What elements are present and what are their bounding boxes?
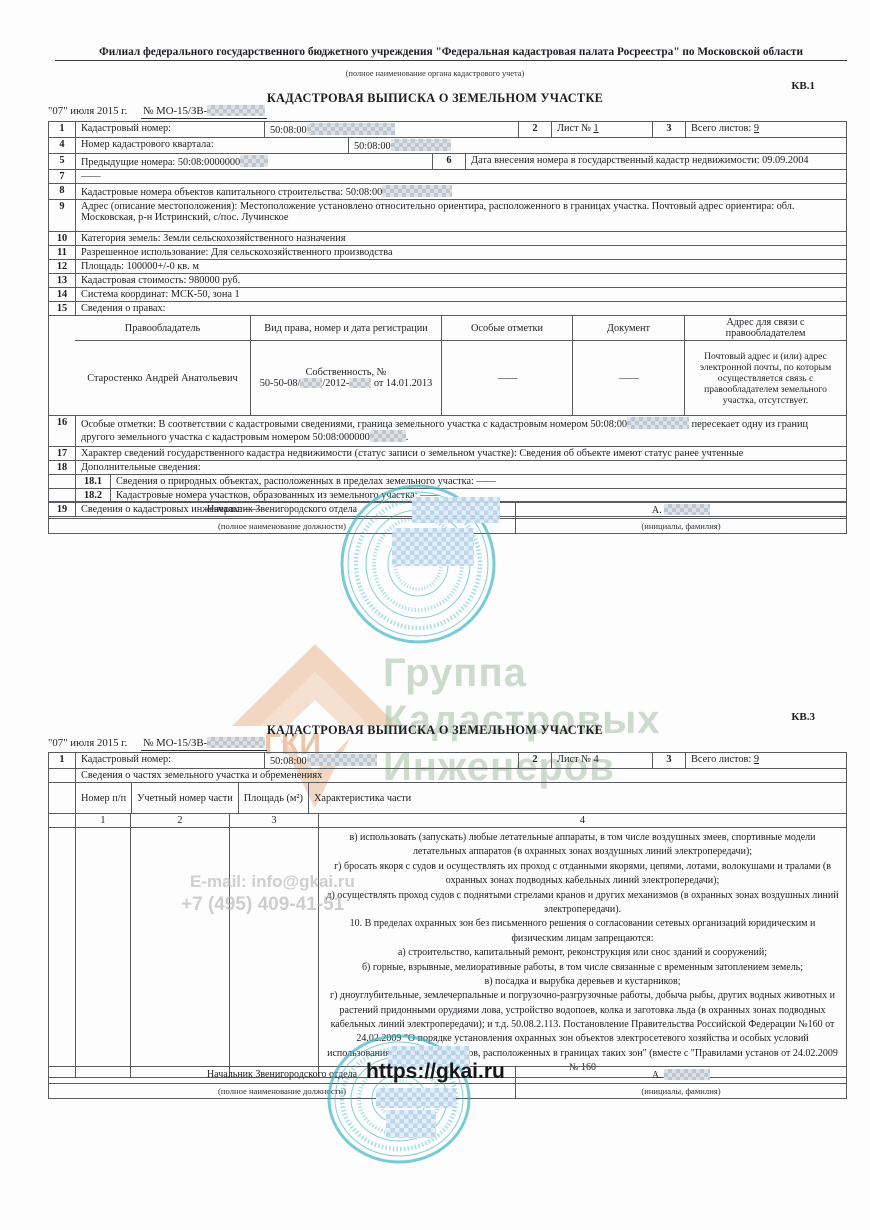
watermark-email: E-mail: info@gkai.ru (190, 872, 355, 892)
redacted-value (240, 155, 268, 167)
total-sheets: Всего листов: 9 (685, 122, 846, 137)
quarter-number-label: Номер кадастрового квартала: (75, 138, 348, 153)
quarter-number-value: 50:08:00 (348, 138, 846, 153)
rights-header-row: Правообладатель Вид права, номер и дата … (75, 316, 846, 340)
redacted-value (349, 378, 371, 388)
cadastral-number-value: 50:08:00 (264, 122, 518, 137)
redacted-value (391, 139, 451, 151)
page1-date-line: "07" июля 2015 г.№ МО-15/ЗВ- (48, 105, 267, 117)
official-initials: А. (516, 502, 846, 518)
redacted-signature (412, 497, 500, 523)
row-quarter-number: 4 Номер кадастрового квартала: 50:08:00 (49, 137, 846, 153)
doc-number: № МО-15/ЗВ- (143, 105, 207, 117)
row-additional-info: 18 Дополнительные сведения: (49, 460, 846, 474)
page1-title: КАДАСТРОВАЯ ВЫПИСКА О ЗЕМЕЛЬНОМ УЧАСТКЕ (0, 91, 870, 106)
row-rights-label: 15 Сведения о правах: (49, 301, 846, 315)
row-land-category: 10 Категория земель: Земли сельскохозяйс… (49, 231, 846, 245)
row-address: 9 Адрес (описание местоположения): Место… (49, 199, 846, 231)
parcel-info-table: 1 Кадастровый номер: 50:08:00 2 Лист № 1… (48, 121, 847, 517)
form-code-kv3: КВ.3 (791, 711, 815, 723)
redacted-value (307, 123, 395, 135)
rightholder-name: Старостенко Андрей Анатольевич (75, 341, 250, 415)
redacted-value (664, 1069, 710, 1080)
rights-table: Правообладатель Вид права, номер и дата … (49, 315, 846, 415)
entry-date-value: Дата внесения номера в государственный к… (465, 154, 846, 169)
rights-data-row: Старостенко Андрей Анатольевич Собственн… (75, 340, 846, 415)
watermark-line: Группа (383, 650, 660, 697)
redacted-stamp-area (376, 1088, 456, 1108)
redacted-value (382, 185, 452, 197)
redacted-value (207, 737, 265, 748)
sheet-number: Лист № 1 (551, 122, 652, 137)
rightholder-address-note: Почтовый адрес и (или) адрес электронной… (684, 341, 846, 415)
row-record-status: 17 Характер сведений государственного ка… (49, 446, 846, 460)
parts-header-row: Номер п/п Учетный номер части Площадь (м… (49, 782, 846, 813)
previous-numbers-value: Предыдущие номера: 50:08:0000000 (75, 154, 432, 169)
row-parts-section-title: Сведения о частях земельного участка и о… (49, 768, 846, 782)
right-type: Собственность, № 50-50-08//2012- от 14.0… (250, 341, 441, 415)
watermark-site-url: https://gkai.ru (366, 1060, 505, 1084)
redacted-value (370, 430, 406, 442)
watermark-phone: +7 (495) 409-41-51 (181, 894, 344, 916)
row-cadastral-number: 1 Кадастровый номер: 50:08:00 2 Лист № 1… (49, 122, 846, 137)
parts-colnum-row: 1 2 3 4 (49, 813, 846, 827)
row-dash: 7 —— (49, 169, 846, 183)
official-initials: А. (516, 1067, 846, 1083)
redacted-value (627, 417, 689, 429)
row-capital-objects: 8 Кадастровые номера объектов капитально… (49, 183, 846, 199)
org-name-caption: (полное наименование органа кадастрового… (0, 69, 870, 78)
page2-date-line: "07" июля 2015 г.№ МО-15/ЗВ- (48, 737, 267, 749)
sheet-number: Лист № 4 (551, 753, 652, 768)
redacted-stamp-area (386, 1110, 436, 1138)
row-cadastral-value: 13 Кадастровая стоимость: 980000 руб. (49, 273, 846, 287)
address-value: Адрес (описание местоположения): Местопо… (75, 200, 846, 231)
row-previous-numbers: 5 Предыдущие номера: 50:08:0000000 6 Дат… (49, 153, 846, 169)
row-permitted-use: 11 Разрешенное использование: Для сельск… (49, 245, 846, 259)
cadastral-number-value: 50:08:00 (264, 753, 518, 768)
row-special-notes: 16 Особые отметки: В соответствии с када… (49, 415, 846, 446)
special-notes-text: Особые отметки: В соответствии с кадастр… (75, 416, 846, 446)
redacted-value (307, 754, 377, 766)
row-area: 12 Площадь: 100000+/-0 кв. м (49, 259, 846, 273)
doc-number: № МО-15/ЗВ- (143, 737, 207, 749)
capital-objects-value: Кадастровые номера объектов капитального… (75, 184, 846, 199)
redacted-stamp-area (392, 528, 474, 566)
scanned-cadastral-document: { "doc": { "org_line": "Филиал федеральн… (0, 0, 870, 1230)
doc-date: "07" июля 2015 г. (48, 105, 127, 117)
parcel-parts-table: 1 Кадастровый номер: 50:08:00 2 Лист № 4… (48, 752, 847, 1078)
doc-date: "07" июля 2015 г. (48, 737, 127, 749)
row-cadastral-number-p2: 1 Кадастровый номер: 50:08:00 2 Лист № 4… (49, 753, 846, 768)
cadastral-number-label: Кадастровый номер: (75, 122, 264, 137)
total-sheets: Всего листов: 9 (685, 753, 846, 768)
redacted-value (207, 105, 265, 116)
redacted-value (664, 504, 710, 515)
row-coordinate-system: 14 Система координат: МСК-50, зона 1 (49, 287, 846, 301)
redacted-value (300, 378, 322, 388)
page2-title: КАДАСТРОВАЯ ВЫПИСКА О ЗЕМЕЛЬНОМ УЧАСТКЕ (0, 723, 870, 738)
org-name-line: Филиал федерального государственного бюд… (55, 46, 847, 61)
